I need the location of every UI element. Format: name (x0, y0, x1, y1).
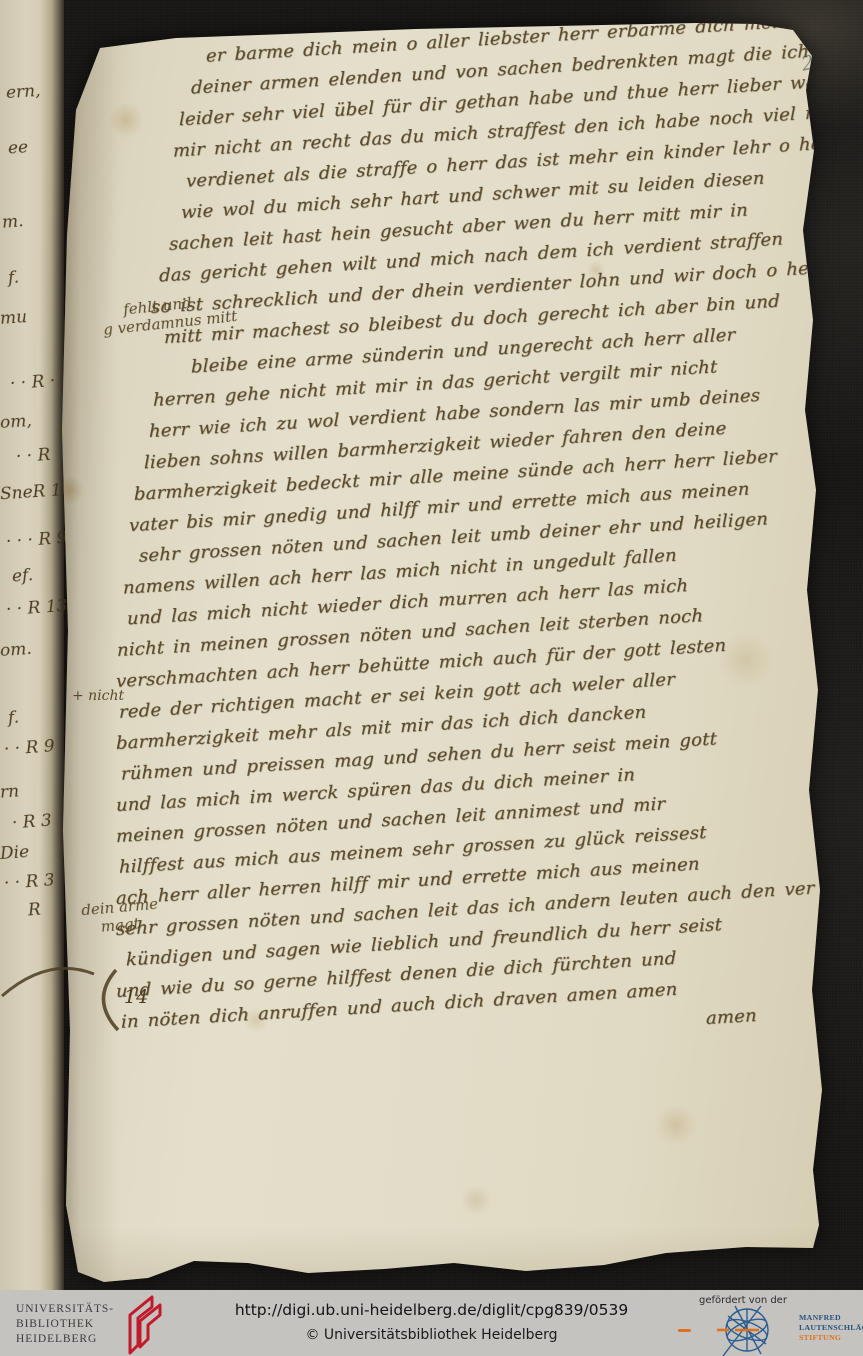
facing-page-text-fragment: rn (0, 781, 20, 802)
foundation-name: MANFRED LAUTENSCHLÄGER STIFTUNG (799, 1313, 863, 1343)
facing-page-text-fragment: f. (7, 708, 19, 729)
facing-page-text-fragment: ern, (5, 81, 41, 103)
facing-page-text-fragment: om, (0, 411, 32, 433)
facing-page-text-fragment: mu (0, 307, 28, 329)
facing-page-text-fragment: · R 3 (11, 811, 52, 834)
margin-note-magt: dein arme magt (81, 895, 161, 938)
facing-page-text-fragment: · · R 3 (3, 870, 55, 893)
lautenschlaeger-stiftung-logo (711, 1302, 785, 1356)
foundation-name-line: MANFRED (799, 1313, 863, 1323)
facing-page-text-fragment: ee (7, 137, 28, 158)
manuscript-line: amen (706, 996, 821, 1034)
facing-page-text-fragment: · · R (15, 445, 51, 467)
facing-page-text-fragment: ef. (11, 565, 33, 586)
facing-page-text-fragment: Die (0, 842, 30, 864)
footer-bar: UNIVERSITÄTS- BIBLIOTHEK HEIDELBERG http… (0, 1290, 863, 1356)
manuscript-text-block: er barme dich mein o aller liebster herr… (116, 4, 821, 1069)
manuscript-page: 268 ✶ er barme dich mein o aller liebste… (56, 20, 836, 1290)
facing-page-text-fragment: f. (7, 268, 19, 289)
orange-separator (678, 1329, 691, 1332)
facing-page-text-fragment: om. (0, 639, 32, 661)
facing-page-text-fragment: m. (1, 211, 24, 232)
facing-page-text-fragment: R (27, 900, 41, 921)
margin-note-nicht: + nicht (72, 688, 124, 704)
paper-surface: 268 ✶ er barme dich mein o aller liebste… (56, 20, 836, 1290)
facing-page-text-fragment: · · R 9 (3, 736, 55, 759)
foundation-name-line: STIFTUNG (799, 1333, 863, 1343)
foundation-name-line: LAUTENSCHLÄGER (799, 1323, 863, 1333)
facing-page-edge: ern, ee m. f. mu · · R · 1 om, · · R Sne… (0, 0, 64, 1292)
gutter-number: 14 (124, 986, 148, 1008)
